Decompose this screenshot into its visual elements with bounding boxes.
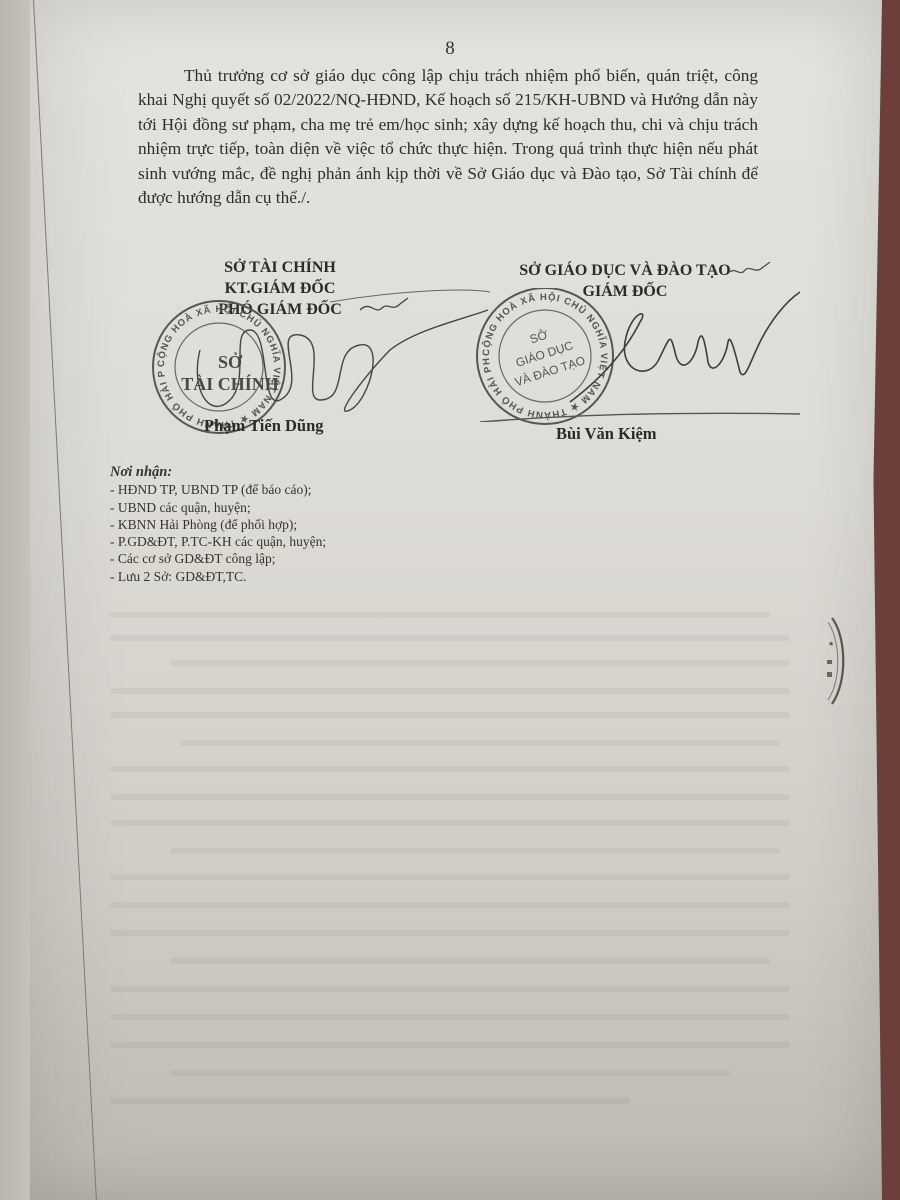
recipients-heading: Nơi nhận: <box>110 464 326 481</box>
education-signer-name: Bùi Văn Kiệm <box>556 424 657 444</box>
finance-signer-name: Phạm Tiến Dũng <box>204 416 324 436</box>
page-number: 8 <box>0 38 900 60</box>
recipient-item: - Các cơ sở GD&ĐT công lập; <box>110 550 326 567</box>
body-paragraph-container: Thủ trưởng cơ sở giáo dục công lập chịu … <box>138 64 758 210</box>
seam-stamp-icon: ★ <box>826 616 856 706</box>
recipient-item: - HĐND TP, UBND TP (để báo cáo); <box>110 481 326 498</box>
body-paragraph: Thủ trưởng cơ sở giáo dục công lập chịu … <box>138 64 758 210</box>
recipients-list: Nơi nhận: - HĐND TP, UBND TP (để báo cáo… <box>110 464 326 585</box>
recipient-item: - UBND các quận, huyện; <box>110 499 326 516</box>
svg-text:★: ★ <box>828 640 834 648</box>
education-signature-icon <box>330 262 800 422</box>
recipient-item: - Lưu 2 Sở: GD&ĐT,TC. <box>110 568 326 585</box>
document-content: 8 Thủ trưởng cơ sở giáo dục công lập chị… <box>0 0 900 1200</box>
recipient-item: - KBNN Hải Phòng (để phối hợp); <box>110 516 326 533</box>
recipient-item: - P.GD&ĐT, P.TC-KH các quận, huyện; <box>110 533 326 550</box>
